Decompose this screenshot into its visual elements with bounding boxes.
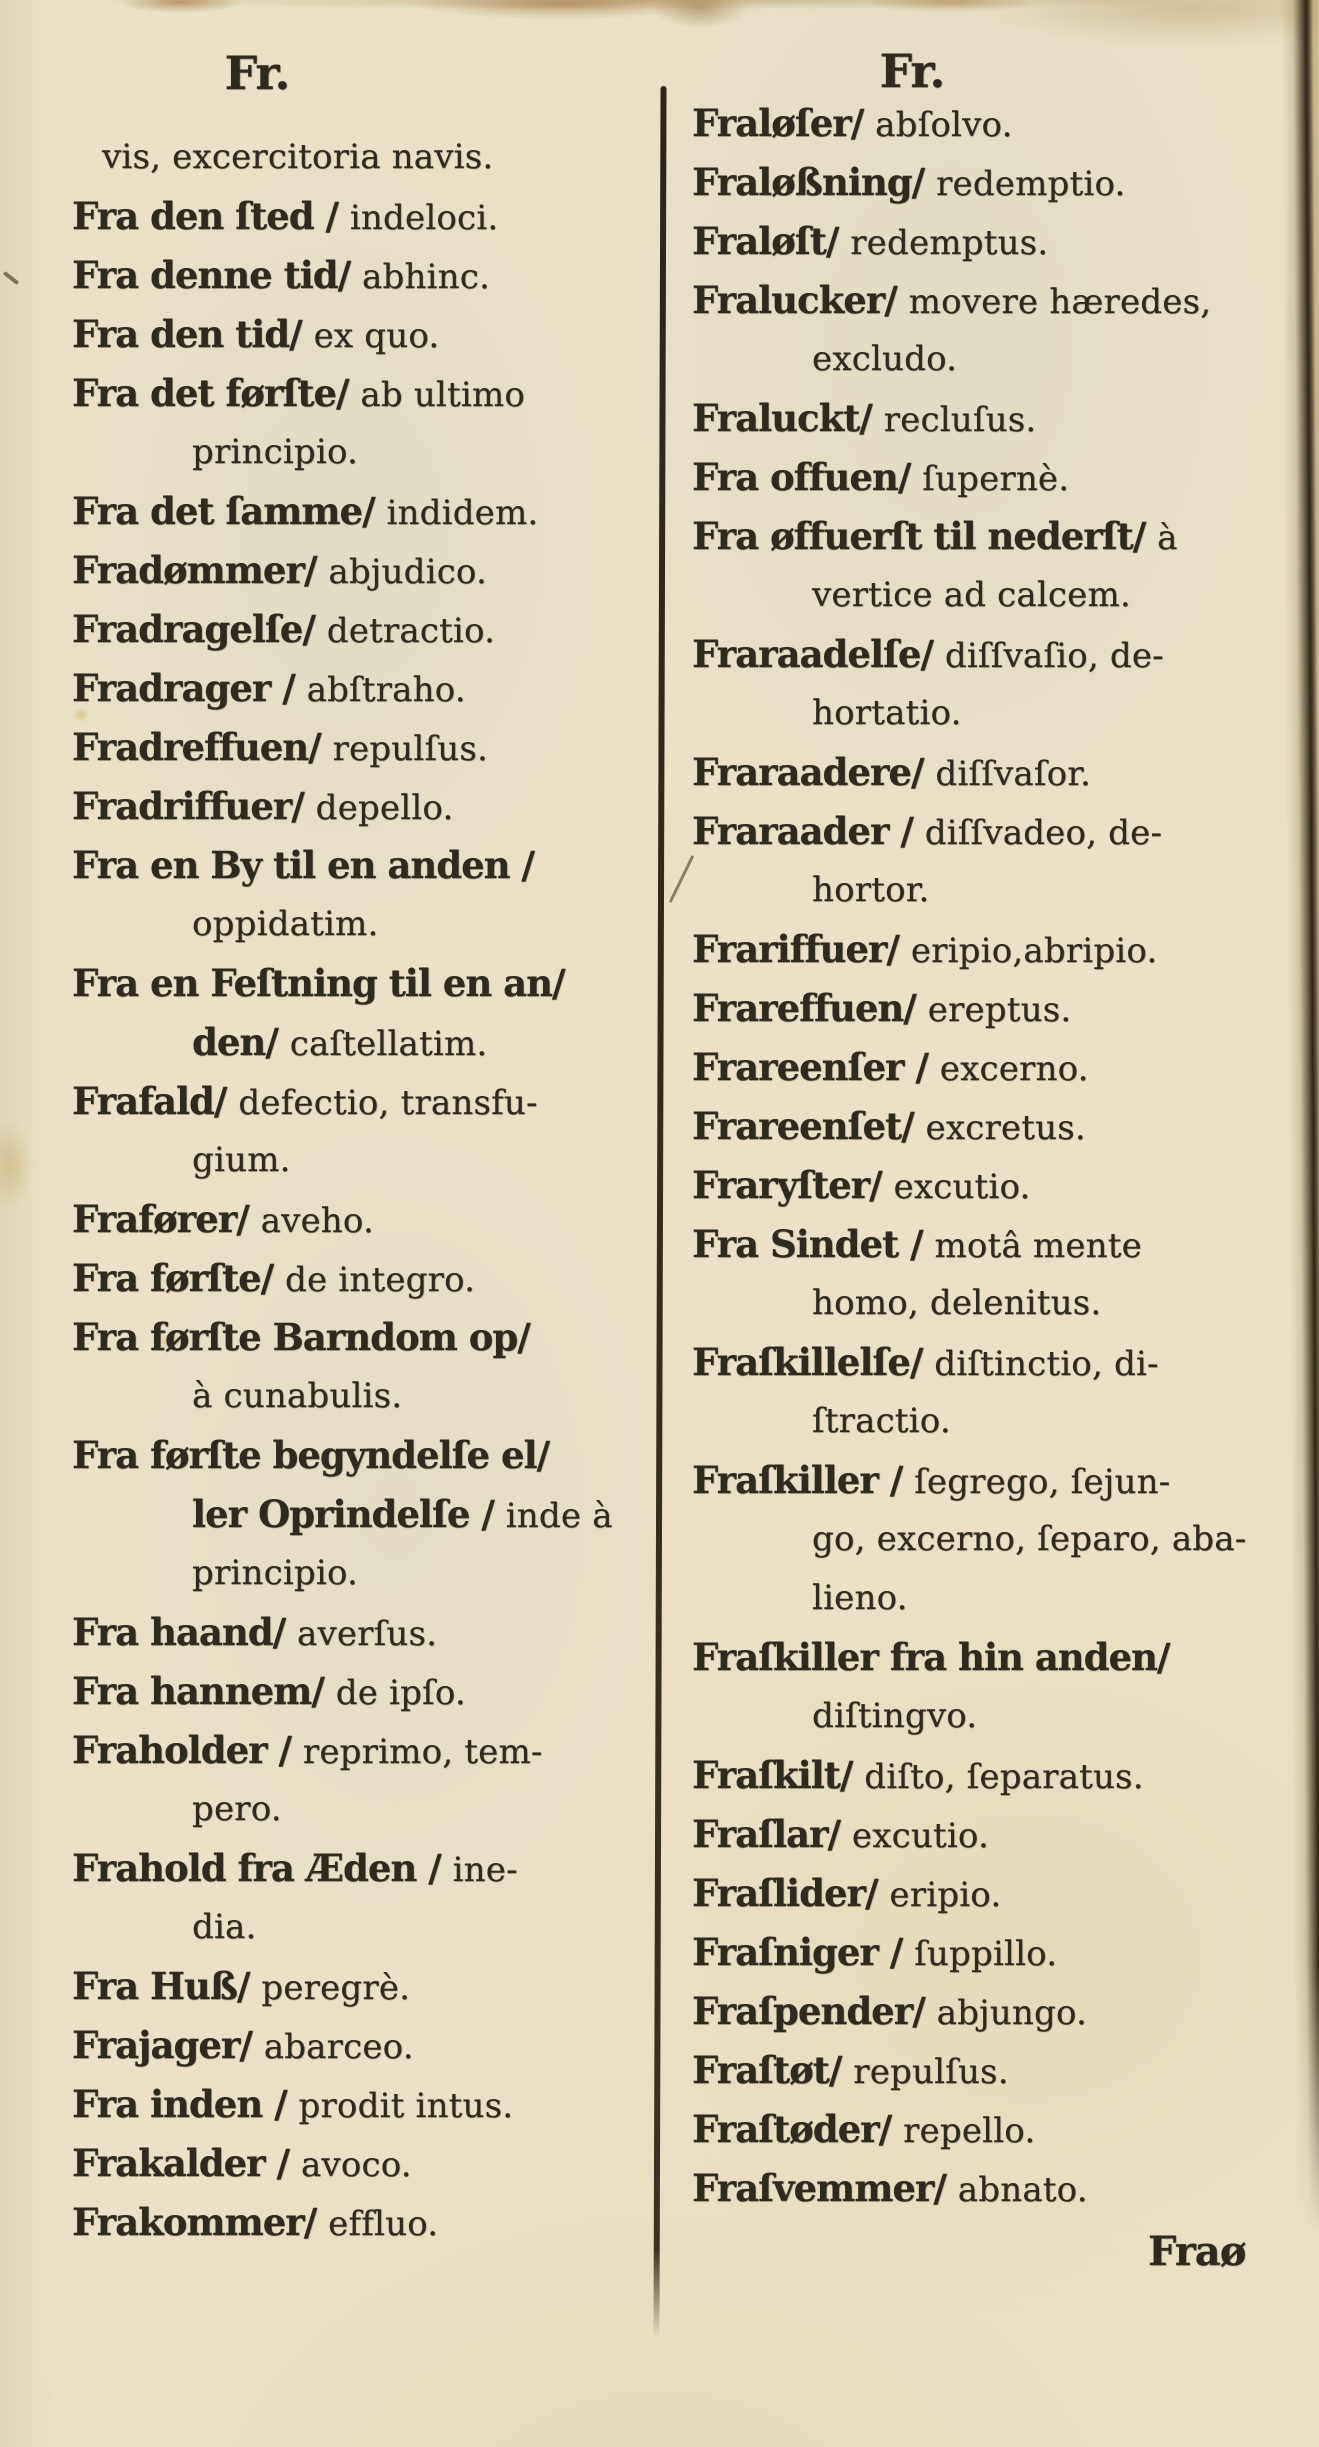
headword-danish: Fraluckt/ — [692, 396, 884, 440]
entry-line: principio. — [72, 423, 654, 482]
entry-line: Fraløßning/ redemptio. — [692, 153, 1288, 212]
column-divider-rule — [653, 86, 666, 2338]
entry-line: Fra førſte/ de integro. — [72, 1249, 654, 1308]
latin-translation: avoco. — [301, 2145, 412, 2185]
latin-translation: recluſus. — [884, 400, 1037, 440]
entry-line: Fra det førſte/ ab ultimo — [72, 364, 654, 423]
entry-line: oppidatim. — [72, 895, 654, 954]
headword-danish: Frakommer/ — [72, 2200, 328, 2244]
latin-translation: ſuppillo. — [914, 1934, 1057, 1974]
latin-translation: pero. — [192, 1789, 282, 1829]
latin-translation: de ipſo. — [336, 1673, 466, 1713]
entry-line: Fradriffuer/ depello. — [72, 777, 654, 836]
latin-translation: aveho. — [261, 1201, 374, 1241]
entry-line: Fraſtøt/ repulſus. — [692, 2041, 1288, 2100]
entry-line: gium. — [72, 1131, 654, 1190]
headword-danish: ler Oprindelſe / — [192, 1492, 506, 1536]
entry-line: Fra haand/ averſus. — [72, 1603, 654, 1662]
latin-translation: indidem. — [386, 493, 538, 533]
latin-translation: caſtellatim. — [290, 1024, 488, 1064]
headword-danish: Fradrager / — [72, 666, 307, 710]
latin-translation: de integro. — [285, 1260, 475, 1300]
latin-translation: redemptus. — [850, 223, 1048, 263]
latin-translation: à cunabulis. — [192, 1376, 402, 1416]
entry-line: Fradragelſe/ detractio. — [72, 600, 654, 659]
headword-danish: Fra en Feſtning til en an/ — [72, 961, 565, 1005]
latin-translation: vertice ad calcem. — [812, 575, 1131, 615]
headword-danish: Fraſtøder/ — [692, 2107, 903, 2151]
headword-danish: Fradragelſe/ — [72, 607, 327, 651]
entry-line: Fra en Feſtning til en an/ — [72, 954, 654, 1013]
entry-line: Fraholder / reprimo, tem- — [72, 1721, 654, 1780]
entry-line: Frajager/ abarceo. — [72, 2016, 654, 2075]
headword-danish: Frareenſet/ — [692, 1104, 926, 1148]
latin-translation: gium. — [192, 1140, 291, 1180]
margin-pen-mark — [3, 271, 20, 285]
latin-translation: eripio,abripio. — [911, 931, 1158, 971]
latin-translation: repulſus. — [853, 2052, 1008, 2092]
entry-line: Fra inden / prodit intus. — [72, 2075, 654, 2134]
latin-translation: diſſvaſio, de- — [945, 636, 1164, 676]
latin-translation: abhinc. — [362, 257, 490, 297]
latin-translation: ex quo. — [314, 316, 440, 356]
headword-danish: Frahold fra Æden / — [72, 1846, 453, 1890]
entry-line: Fraluckt/ recluſus. — [692, 389, 1288, 448]
latin-translation: excutio. — [852, 1816, 989, 1856]
headword-danish: Fraſvemmer/ — [692, 2166, 958, 2210]
entry-line: Fra det ſamme/ indidem. — [72, 482, 654, 541]
headword-danish: Fraſlider/ — [692, 1871, 889, 1915]
headword-danish: Fraløſer/ — [692, 101, 875, 145]
headword-danish: Fradreffuen/ — [72, 725, 333, 769]
entry-line: Fraſlider/ eripio. — [692, 1864, 1288, 1923]
entry-line: pero. — [72, 1780, 654, 1839]
entry-line: Fra hannem/ de ipſo. — [72, 1662, 654, 1721]
headword-danish: Fra øffuerſt til nederſt/ — [692, 514, 1157, 558]
entry-line: Fraraadelſe/ diſſvaſio, de- — [692, 625, 1288, 684]
entry-line: go, excerno, ſeparo, aba- — [692, 1510, 1288, 1569]
entry-line: Fraſpender/ abjungo. — [692, 1982, 1288, 2041]
headword-danish: Fra denne tid/ — [72, 253, 362, 297]
latin-translation: abnato. — [958, 2170, 1088, 2210]
headword-danish: Fra Huß/ — [72, 1964, 261, 2008]
latin-translation: inde à — [506, 1496, 613, 1536]
latin-translation: vis, excercitoria navis. — [102, 137, 493, 177]
headword-danish: Fraraadere/ — [692, 750, 935, 794]
headword-danish: Fralucker/ — [692, 278, 909, 322]
headword-danish: Fraſlar/ — [692, 1812, 852, 1856]
headword-danish: Fra det ſamme/ — [72, 489, 386, 533]
entry-line: excludo. — [692, 330, 1288, 389]
right-column: Fraløſer/ abſolvo.Fraløßning/ redemptio.… — [692, 94, 1288, 2218]
latin-translation: prodit intus. — [299, 2086, 514, 2126]
entry-line: Frareffuen/ ereptus. — [692, 979, 1288, 1038]
headword-danish: Fra inden / — [72, 2082, 299, 2126]
entry-line: homo, delenitus. — [692, 1274, 1288, 1333]
headword-danish: Frajager/ — [72, 2023, 264, 2067]
headword-danish: Fraholder / — [72, 1728, 303, 1772]
entry-line: Fradrager / abſtraho. — [72, 659, 654, 718]
headword-danish: Fra den ſted / — [72, 194, 350, 238]
entry-line: Fra øffuerſt til nederſt/ à — [692, 507, 1288, 566]
right-column-header: Fr. — [692, 44, 1132, 98]
latin-translation: abſtraho. — [307, 670, 466, 710]
headword-danish: Fraſkilt/ — [692, 1753, 864, 1797]
entry-line: Fraryſter/ excutio. — [692, 1156, 1288, 1215]
headword-danish: Fraryſter/ — [692, 1163, 894, 1207]
entry-line: vertice ad calcem. — [692, 566, 1288, 625]
latin-translation: redemptio. — [936, 164, 1125, 204]
headword-danish: Frareffuen/ — [692, 986, 928, 1030]
latin-translation: excerno. — [940, 1049, 1089, 1089]
latin-translation: eripio. — [889, 1875, 1001, 1915]
latin-translation: repello. — [903, 2111, 1035, 2151]
entry-line: Fra en By til en anden / — [72, 836, 654, 895]
headword-danish: Fraſtøt/ — [692, 2048, 853, 2092]
entry-line: Fraraader / diſſvadeo, de- — [692, 802, 1288, 861]
entry-line: Fra denne tid/ abhinc. — [72, 246, 654, 305]
latin-translation: defectio, transfu- — [238, 1083, 537, 1123]
latin-translation: depello. — [316, 788, 454, 828]
latin-translation: motâ mente — [934, 1226, 1142, 1266]
headword-danish: Fraſpender/ — [692, 1989, 937, 2033]
headword-danish: den/ — [192, 1020, 290, 1064]
latin-translation: excretus. — [926, 1108, 1086, 1148]
entry-line: Fradreffuen/ repulſus. — [72, 718, 654, 777]
entry-line: Frafald/ defectio, transfu- — [72, 1072, 654, 1131]
latin-translation: hortor. — [812, 870, 929, 910]
entry-line: Frafører/ aveho. — [72, 1190, 654, 1249]
latin-translation: movere hæredes, — [909, 282, 1212, 322]
latin-translation: ſtractio. — [812, 1401, 951, 1441]
entry-line: Fraſniger / ſuppillo. — [692, 1923, 1288, 1982]
headword-danish: Fra den tid/ — [72, 312, 314, 356]
entry-line: Fralucker/ movere hæredes, — [692, 271, 1288, 330]
latin-translation: reprimo, tem- — [303, 1732, 543, 1772]
latin-translation: oppidatim. — [192, 904, 379, 944]
entry-line: Frakommer/ effluo. — [72, 2193, 654, 2252]
headword-danish: Fra førſte Barndom op/ — [72, 1315, 530, 1359]
latin-translation: ine- — [453, 1850, 518, 1890]
entry-line: Frahold fra Æden / ine- — [72, 1839, 654, 1898]
headword-danish: Frakalder / — [72, 2141, 301, 2185]
entry-line: ler Oprindelſe / inde à — [72, 1485, 654, 1544]
entry-line: Fraſlar/ excutio. — [692, 1805, 1288, 1864]
entry-line: Fraſtøder/ repello. — [692, 2100, 1288, 2159]
headword-danish: Fra det førſte/ — [72, 371, 360, 415]
entry-line: Fra den tid/ ex quo. — [72, 305, 654, 364]
entry-line: Fra Huß/ peregrè. — [72, 1957, 654, 2016]
entry-line: ſtractio. — [692, 1392, 1288, 1451]
latin-translation: diſtingvo. — [812, 1696, 977, 1736]
headword-danish: Fra hannem/ — [72, 1669, 336, 1713]
entry-line: Frariffuer/ eripio,abripio. — [692, 920, 1288, 979]
headword-danish: Fraſkiller fra hin anden/ — [692, 1635, 1169, 1679]
headword-danish: Fra Sindet / — [692, 1222, 934, 1266]
entry-line: Frareenſer / excerno. — [692, 1038, 1288, 1097]
latin-translation: à — [1157, 518, 1177, 558]
entry-line: Fraſkiller / ſegrego, ſejun- — [692, 1451, 1288, 1510]
headword-danish: Fra førſte/ — [72, 1256, 285, 1300]
entry-line: Fradømmer/ abjudico. — [72, 541, 654, 600]
latin-translation: excludo. — [812, 339, 957, 379]
latin-translation: principio. — [192, 1553, 358, 1593]
entry-line: à cunabulis. — [72, 1367, 654, 1426]
latin-translation: hortatio. — [812, 693, 962, 733]
headword-danish: Fraſkiller / — [692, 1458, 914, 1502]
left-column-header: Fr. — [72, 46, 442, 100]
entry-line: Fra Sindet / motâ mente — [692, 1215, 1288, 1274]
catchword: Fraø — [1148, 2228, 1245, 2275]
entry-line: Fraløſt/ redemptus. — [692, 212, 1288, 271]
entry-line: lieno. — [692, 1569, 1288, 1628]
entry-line: vis, excercitoria navis. — [72, 128, 654, 187]
latin-translation: diſſvaſor. — [935, 754, 1091, 794]
headword-danish: Fra en By til en anden / — [72, 843, 534, 887]
latin-translation: diſſvadeo, de- — [925, 813, 1162, 853]
headword-danish: Fraſniger / — [692, 1930, 914, 1974]
latin-translation: detractio. — [327, 611, 495, 651]
headword-danish: Fraløßning/ — [692, 160, 936, 204]
latin-translation: ab ultimo — [360, 375, 525, 415]
latin-translation: dia. — [192, 1907, 257, 1947]
headword-danish: Frariffuer/ — [692, 927, 911, 971]
headword-danish: Fra førſte begyndelſe el/ — [72, 1433, 549, 1477]
entry-line: Fraſkillelſe/ diſtinctio, di- — [692, 1333, 1288, 1392]
margin-pen-mark — [669, 855, 694, 903]
headword-danish: Fraſkillelſe/ — [692, 1340, 934, 1384]
entry-line: dia. — [72, 1898, 654, 1957]
latin-translation: abarceo. — [264, 2027, 414, 2067]
entry-line: Fraſkiller fra hin anden/ — [692, 1628, 1288, 1687]
scanned-dictionary-page: Fr. Fr. vis, excercitoria navis.Fra den … — [0, 0, 1319, 2447]
entry-line: den/ caſtellatim. — [72, 1013, 654, 1072]
entry-line: Fraraadere/ diſſvaſor. — [692, 743, 1288, 802]
headword-danish: Frafald/ — [72, 1079, 238, 1123]
latin-translation: diſto, ſeparatus. — [864, 1757, 1143, 1797]
latin-translation: abjungo. — [937, 1993, 1087, 2033]
headword-danish: Fraraadelſe/ — [692, 632, 945, 676]
headword-danish: Fraløſt/ — [692, 219, 850, 263]
entry-line: principio. — [72, 1544, 654, 1603]
entry-line: Fra førſte Barndom op/ — [72, 1308, 654, 1367]
latin-translation: excutio. — [894, 1167, 1031, 1207]
entry-line: Frareenſet/ excretus. — [692, 1097, 1288, 1156]
latin-translation: abjudico. — [328, 552, 487, 592]
latin-translation: go, excerno, ſeparo, aba- — [812, 1519, 1246, 1559]
entry-line: hortor. — [692, 861, 1288, 920]
headword-danish: Fradriffuer/ — [72, 784, 316, 828]
latin-translation: effluo. — [328, 2204, 438, 2244]
headword-danish: Fradømmer/ — [72, 548, 328, 592]
entry-line: Fra den ſted / indeloci. — [72, 187, 654, 246]
latin-translation: ſegrego, ſejun- — [914, 1462, 1170, 1502]
latin-translation: abſolvo. — [875, 105, 1012, 145]
latin-translation: principio. — [192, 432, 358, 472]
latin-translation: homo, delenitus. — [812, 1283, 1101, 1323]
headword-danish: Frareenſer / — [692, 1045, 940, 1089]
paper-stain-spot — [0, 1120, 34, 1210]
entry-line: Frakalder / avoco. — [72, 2134, 654, 2193]
latin-translation: ereptus. — [928, 990, 1072, 1030]
left-column: vis, excercitoria navis.Fra den ſted / i… — [72, 128, 654, 2252]
entry-line: Fraſvemmer/ abnato. — [692, 2159, 1288, 2218]
entry-line: Fra førſte begyndelſe el/ — [72, 1426, 654, 1485]
headword-danish: Frafører/ — [72, 1197, 261, 1241]
entry-line: Fra offuen/ ſupernè. — [692, 448, 1288, 507]
entry-line: Fraløſer/ abſolvo. — [692, 94, 1288, 153]
headword-danish: Fraraader / — [692, 809, 925, 853]
latin-translation: repulſus. — [333, 729, 488, 769]
latin-translation: lieno. — [812, 1578, 908, 1618]
entry-line: Fraſkilt/ diſto, ſeparatus. — [692, 1746, 1288, 1805]
latin-translation: peregrè. — [261, 1968, 410, 2008]
latin-translation: indeloci. — [350, 198, 499, 238]
latin-translation: averſus. — [297, 1614, 437, 1654]
latin-translation: diſtinctio, di- — [934, 1344, 1158, 1384]
entry-line: diſtingvo. — [692, 1687, 1288, 1746]
latin-translation: ſupernè. — [922, 459, 1069, 499]
headword-danish: Fra haand/ — [72, 1610, 297, 1654]
headword-danish: Fra offuen/ — [692, 455, 922, 499]
entry-line: hortatio. — [692, 684, 1288, 743]
